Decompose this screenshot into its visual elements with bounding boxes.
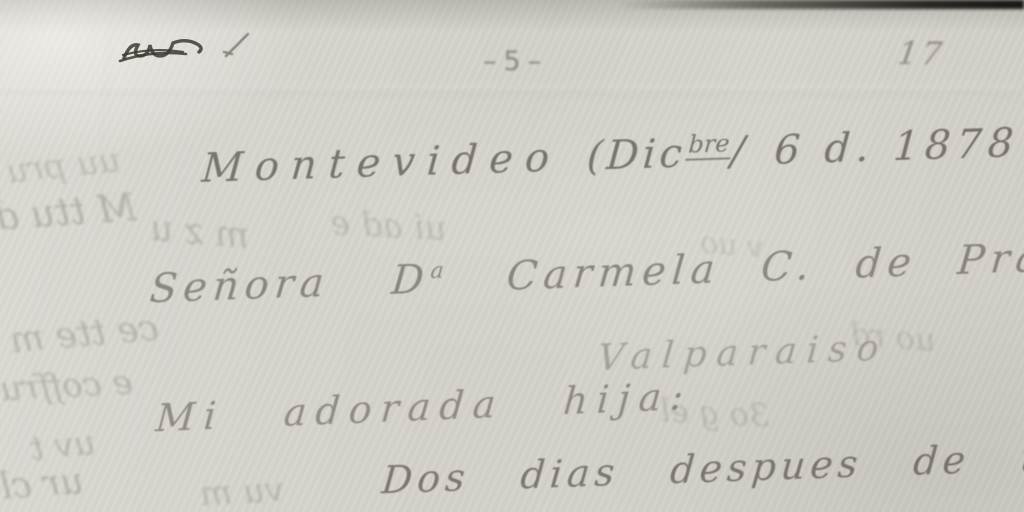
ink-bleedthrough: ui ad e [329, 203, 447, 249]
letter-body-first-line: Dos dias despues de tu [380, 434, 1024, 502]
crossed-out-scribble [116, 28, 226, 73]
ink-bleedthrough: ce tte m [8, 308, 160, 362]
folio-number: 17 [895, 36, 948, 72]
addressee-name: Carmela C. de Prat [505, 234, 1024, 300]
dateline-month-abbrev: (Dic [585, 131, 687, 180]
ink-bleedthrough: M ttu d [0, 185, 138, 239]
letter-city-line: Valparaiso [596, 328, 890, 379]
letter-scan-page: uu pru M ttu d m z u ui ad e v uo ce tte… [0, 0, 1024, 512]
dateline-month-superscript: bre [685, 129, 732, 160]
paper-crease [0, 84, 1024, 94]
letter-dateline: Montevideo(Dicbre/6 d. 1878 [200, 120, 1021, 192]
dateline-day-year: 6 d. 1878 [773, 120, 1021, 174]
paper-edge-shadow [620, 0, 1024, 9]
addressee-prefix: Señora [148, 260, 332, 312]
dateline-place: Montevideo [200, 135, 563, 192]
ink-bleedthrough: ur cl [0, 461, 85, 508]
letter-salutation: Mi adorada hija: [154, 373, 694, 440]
ink-bleedthrough: uu pru [4, 140, 122, 192]
addressee-honorific: D [390, 256, 432, 303]
dateline-slash: / [729, 129, 746, 176]
ink-bleedthrough: e coffru [0, 363, 134, 410]
check-tick-mark [222, 30, 256, 62]
letter-addressee-line: SeñoraDaCarmela C. de Prat [148, 234, 1024, 312]
ink-bleedthrough: m z u [148, 208, 250, 257]
addressee-honorific-superscript: a [429, 258, 450, 284]
page-number: –5– [483, 46, 548, 77]
ink-bleedthrough: vu m [199, 470, 285, 512]
